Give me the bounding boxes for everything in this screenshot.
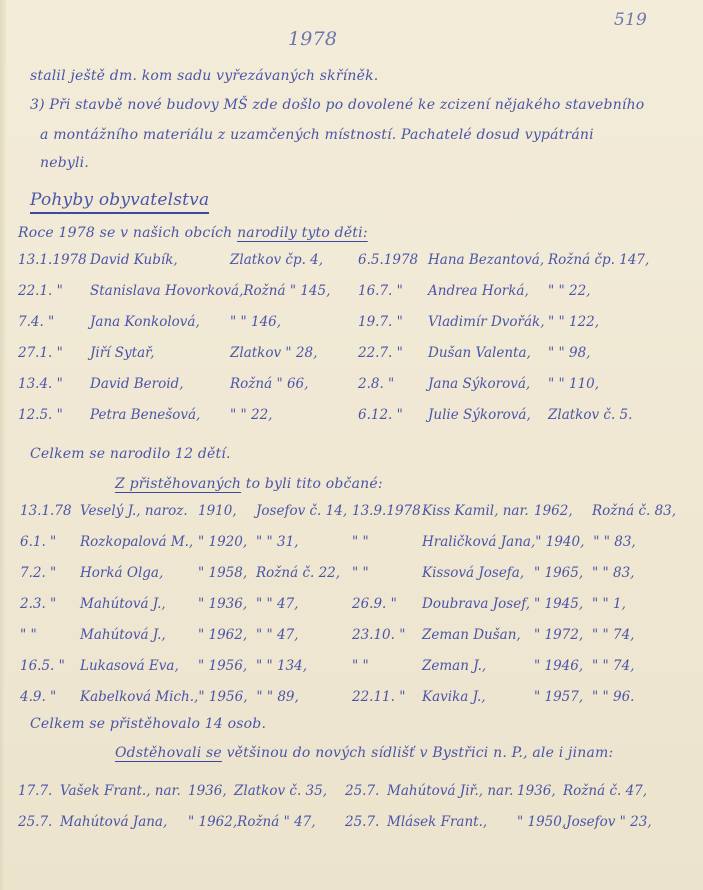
list-item: 27.1. "Jiří Sytař,Zlatkov " 28, bbox=[18, 345, 340, 361]
list-item: 22.7. "Dušan Valenta," " 98, bbox=[358, 345, 668, 361]
entry-place: Josefov č. 14, bbox=[256, 503, 347, 519]
entry-date: 22.1. " bbox=[18, 283, 90, 299]
entry-place: " " 122, bbox=[548, 314, 668, 330]
entry-name: Vašek Frant., nar. bbox=[60, 783, 188, 799]
entry-name: Vladimír Dvořák, bbox=[428, 314, 548, 330]
births-intro-prefix: Roce 1978 se v našich obcích bbox=[18, 225, 237, 241]
list-item: 7.4. "Jana Konkolová," " 146, bbox=[18, 314, 340, 330]
list-item: 19.7. "Vladimír Dvořák," " 122, bbox=[358, 314, 668, 330]
entry-date: 6.12. " bbox=[358, 407, 428, 423]
list-item: 17.7.Vašek Frant., nar.1936,Zlatkov č. 3… bbox=[18, 783, 334, 799]
entry-year: " 1945, bbox=[534, 596, 592, 612]
entry-place: " " 74, bbox=[592, 627, 672, 643]
list-item: 16.7. "Andrea Horká," " 22, bbox=[358, 283, 668, 299]
entry-place: " " 22, bbox=[548, 283, 668, 299]
entry-date: 2.3. " bbox=[20, 596, 80, 612]
entry-date: " " bbox=[352, 565, 422, 581]
entry-name: Petra Benešová, bbox=[90, 407, 230, 423]
entry-place: Rožná č. 47, bbox=[563, 783, 663, 799]
list-item: 26.9. "Doubrava Josef," 1945," " 1, bbox=[352, 596, 672, 612]
immigrants-total: Celkem se přistěhovalo 14 osob. bbox=[30, 716, 266, 732]
entry-name: Hraličková Jana, bbox=[422, 534, 535, 550]
entry-date: 22.7. " bbox=[358, 345, 428, 361]
section-title: Pohyby obyvatelstva bbox=[30, 190, 209, 210]
entry-place: Zlatkov " 28, bbox=[230, 345, 340, 361]
list-item: 25.7.Mlásek Frant.," 1950,Josefov " 23, bbox=[345, 814, 666, 830]
entry-name: Hana Bezantová, bbox=[428, 252, 548, 268]
list-item: " "Mahútová J.," 1962," " 47, bbox=[20, 627, 336, 643]
list-item: 6.5.1978Hana Bezantová,Rožná čp. 147, bbox=[358, 252, 668, 268]
entry-name: Kiss Kamil, nar. bbox=[422, 503, 534, 519]
list-item: 13.4. "David Beroid,Rožná " 66, bbox=[18, 376, 340, 392]
entry-date: 25.7. bbox=[345, 783, 387, 799]
intro-line-3: a montážního materiálu z uzamčených míst… bbox=[40, 127, 594, 143]
entry-name: Dušan Valenta, bbox=[428, 345, 548, 361]
entry-year: " 1956, bbox=[198, 658, 256, 674]
entry-name: David Beroid, bbox=[90, 376, 230, 392]
entry-date: " " bbox=[20, 627, 80, 643]
entry-place: " " 47, bbox=[256, 596, 336, 612]
entry-place: " " 74, bbox=[592, 658, 672, 674]
entry-year: " 1946, bbox=[534, 658, 592, 674]
entry-year: " 1972, bbox=[534, 627, 592, 643]
entry-date: 13.1.78 bbox=[20, 503, 80, 519]
entry-date: 23.10. " bbox=[352, 627, 422, 643]
entry-place: Rožná " 66, bbox=[230, 376, 340, 392]
entry-date: 6.5.1978 bbox=[358, 252, 428, 268]
list-item: 13.1.78Veselý J., naroz.1910,Josefov č. … bbox=[20, 503, 347, 519]
entry-year: " 1936, bbox=[198, 596, 256, 612]
entry-name: Andrea Horká, bbox=[428, 283, 548, 299]
list-item: 25.7.Mahútová Jana," 1962,Rožná " 47, bbox=[18, 814, 337, 830]
entry-place: " " 110, bbox=[548, 376, 668, 392]
entry-date: 7.2. " bbox=[20, 565, 80, 581]
entry-place: Rožná " 145, bbox=[243, 283, 353, 299]
entry-date: 12.5. " bbox=[18, 407, 90, 423]
entry-place: Rožná č. 83, bbox=[592, 503, 676, 519]
entry-place: Josefov " 23, bbox=[566, 814, 666, 830]
list-item: 6.1. "Rozkopalová M.," 1920," " 31, bbox=[20, 534, 336, 550]
list-item: 13.1.1978David Kubík,Zlatkov čp. 4, bbox=[18, 252, 340, 268]
entry-date: 6.1. " bbox=[20, 534, 80, 550]
list-item: 22.1. "Stanislava Hovorková,Rožná " 145, bbox=[18, 283, 353, 299]
entry-year: " 1965, bbox=[534, 565, 592, 581]
intro-line-4: nebyli. bbox=[40, 155, 89, 171]
entry-name: Stanislava Hovorková, bbox=[90, 283, 243, 299]
emigrants-heading: Odstěhovali se většinou do nových sídliš… bbox=[115, 745, 613, 761]
immigrants-heading-underlined: Z přistěhovaných bbox=[115, 476, 241, 492]
entry-year: " 1958, bbox=[198, 565, 256, 581]
entry-name: Mahútová J., bbox=[80, 627, 198, 643]
list-item: 2.3. "Mahútová J.," 1936," " 47, bbox=[20, 596, 336, 612]
births-total: Celkem se narodilo 12 dětí. bbox=[30, 446, 231, 462]
page-edge-shadow bbox=[0, 0, 6, 890]
entry-date: 17.7. bbox=[18, 783, 60, 799]
entry-date: 25.7. bbox=[18, 814, 60, 830]
entry-year: 1936, bbox=[188, 783, 234, 799]
entry-date: 13.1.1978 bbox=[18, 252, 90, 268]
entry-place: " " 89, bbox=[256, 689, 336, 705]
list-item: " "Hraličková Jana," 1940," " 83, bbox=[352, 534, 673, 550]
births-intro-underlined: narodily tyto děti: bbox=[237, 225, 368, 241]
entry-date: " " bbox=[352, 658, 422, 674]
entry-name: Rozkopalová M., bbox=[80, 534, 198, 550]
list-item: 7.2. "Horká Olga," 1958,Rožná č. 22, bbox=[20, 565, 340, 581]
entry-date: 25.7. bbox=[345, 814, 387, 830]
immigrants-heading: Z přistěhovaných to byli tito občané: bbox=[115, 476, 383, 492]
list-item: 23.10. "Zeman Dušan," 1972," " 74, bbox=[352, 627, 672, 643]
entry-name: Zeman J., bbox=[422, 658, 534, 674]
entry-place: " " 22, bbox=[230, 407, 340, 423]
intro-line-2: 3) Při stavbě nové budovy MŠ zde došlo p… bbox=[30, 97, 644, 113]
entry-date: 13.4. " bbox=[18, 376, 90, 392]
entry-place: Rožná čp. 147, bbox=[548, 252, 668, 268]
entry-date: 13.9.1978 bbox=[352, 503, 422, 519]
entry-date: 16.5. " bbox=[20, 658, 80, 674]
entry-name: Mlásek Frant., bbox=[387, 814, 517, 830]
emigrants-heading-underlined: Odstěhovali se bbox=[115, 745, 222, 761]
entry-year: " 1940, bbox=[535, 534, 593, 550]
immigrants-heading-rest: to byli tito občané: bbox=[241, 476, 383, 492]
entry-place: " " 96. bbox=[592, 689, 672, 705]
list-item: 13.9.1978Kiss Kamil, nar.1962,Rožná č. 8… bbox=[352, 503, 676, 519]
entry-name: Jana Konkolová, bbox=[90, 314, 230, 330]
list-item: 6.12. "Julie Sýkorová,Zlatkov č. 5. bbox=[358, 407, 668, 423]
list-item: 12.5. "Petra Benešová," " 22, bbox=[18, 407, 340, 423]
entry-year: " 1920, bbox=[198, 534, 256, 550]
entry-name: Mahútová Jana, bbox=[60, 814, 188, 830]
year-heading: 1978 bbox=[288, 28, 337, 50]
entry-name: Lukasová Eva, bbox=[80, 658, 198, 674]
entry-year: 1962, bbox=[534, 503, 592, 519]
entry-date: 26.9. " bbox=[352, 596, 422, 612]
entry-name: Jiří Sytař, bbox=[90, 345, 230, 361]
entry-place: Zlatkov č. 5. bbox=[548, 407, 668, 423]
entry-place: " " 47, bbox=[256, 627, 336, 643]
entry-place: " " 83, bbox=[593, 534, 673, 550]
list-item: 16.5. "Lukasová Eva," 1956," " 134, bbox=[20, 658, 336, 674]
entry-place: " " 83, bbox=[592, 565, 672, 581]
list-item: 4.9. "Kabelková Mich.," 1956," " 89, bbox=[20, 689, 336, 705]
entry-year: 1936, bbox=[517, 783, 563, 799]
entry-name: Kissová Josefa, bbox=[422, 565, 534, 581]
entry-name: Mahútová J., bbox=[80, 596, 198, 612]
list-item: " "Zeman J.," 1946," " 74, bbox=[352, 658, 672, 674]
entry-place: " " 98, bbox=[548, 345, 668, 361]
entry-date: 16.7. " bbox=[358, 283, 428, 299]
entry-year: " 1957, bbox=[534, 689, 592, 705]
births-intro: Roce 1978 se v našich obcích narodily ty… bbox=[18, 225, 368, 241]
entry-name: Zeman Dušan, bbox=[422, 627, 534, 643]
entry-name: Kabelková Mich., bbox=[80, 689, 198, 705]
entry-place: Zlatkov č. 35, bbox=[234, 783, 334, 799]
entry-place: Rožná č. 22, bbox=[256, 565, 340, 581]
entry-year: " 1950, bbox=[517, 814, 566, 830]
entry-date: 2.8. " bbox=[358, 376, 428, 392]
entry-place: " " 146, bbox=[230, 314, 340, 330]
intro-line-1: stalil ještě dm. kom sadu vyřezávaných s… bbox=[30, 68, 378, 84]
entry-date: 22.11. " bbox=[352, 689, 422, 705]
entry-name: Kavika J., bbox=[422, 689, 534, 705]
entry-date: 27.1. " bbox=[18, 345, 90, 361]
entry-place: Rožná " 47, bbox=[237, 814, 337, 830]
entry-place: Zlatkov čp. 4, bbox=[230, 252, 340, 268]
entry-date: 7.4. " bbox=[18, 314, 90, 330]
list-item: 2.8. "Jana Sýkorová," " 110, bbox=[358, 376, 668, 392]
emigrants-heading-rest: většinou do nových sídlišť v Bystřici n.… bbox=[222, 745, 614, 761]
entry-name: Jana Sýkorová, bbox=[428, 376, 548, 392]
page-number: 519 bbox=[614, 10, 647, 30]
entry-name: Horká Olga, bbox=[80, 565, 198, 581]
entry-year: " 1962, bbox=[198, 627, 256, 643]
entry-date: 19.7. " bbox=[358, 314, 428, 330]
entry-name: Mahútová Jiř., nar. bbox=[387, 783, 517, 799]
list-item: " "Kissová Josefa," 1965," " 83, bbox=[352, 565, 672, 581]
entry-date: 4.9. " bbox=[20, 689, 80, 705]
entry-name: Julie Sýkorová, bbox=[428, 407, 548, 423]
list-item: 22.11. "Kavika J.," 1957," " 96. bbox=[352, 689, 672, 705]
list-item: 25.7.Mahútová Jiř., nar.1936,Rožná č. 47… bbox=[345, 783, 663, 799]
handwritten-chronicle-page: 1978 519 stalil ještě dm. kom sadu vyřez… bbox=[0, 0, 703, 890]
entry-name: Doubrava Josef, bbox=[422, 596, 534, 612]
entry-year: " 1962, bbox=[188, 814, 237, 830]
entry-name: Veselý J., naroz. bbox=[80, 503, 198, 519]
entry-place: " " 31, bbox=[256, 534, 336, 550]
entry-place: " " 1, bbox=[592, 596, 672, 612]
section-title-text: Pohyby obyvatelstva bbox=[30, 190, 209, 214]
entry-year: " 1956, bbox=[198, 689, 256, 705]
entry-place: " " 134, bbox=[256, 658, 336, 674]
entry-date: " " bbox=[352, 534, 422, 550]
entry-year: 1910, bbox=[198, 503, 256, 519]
entry-name: David Kubík, bbox=[90, 252, 230, 268]
